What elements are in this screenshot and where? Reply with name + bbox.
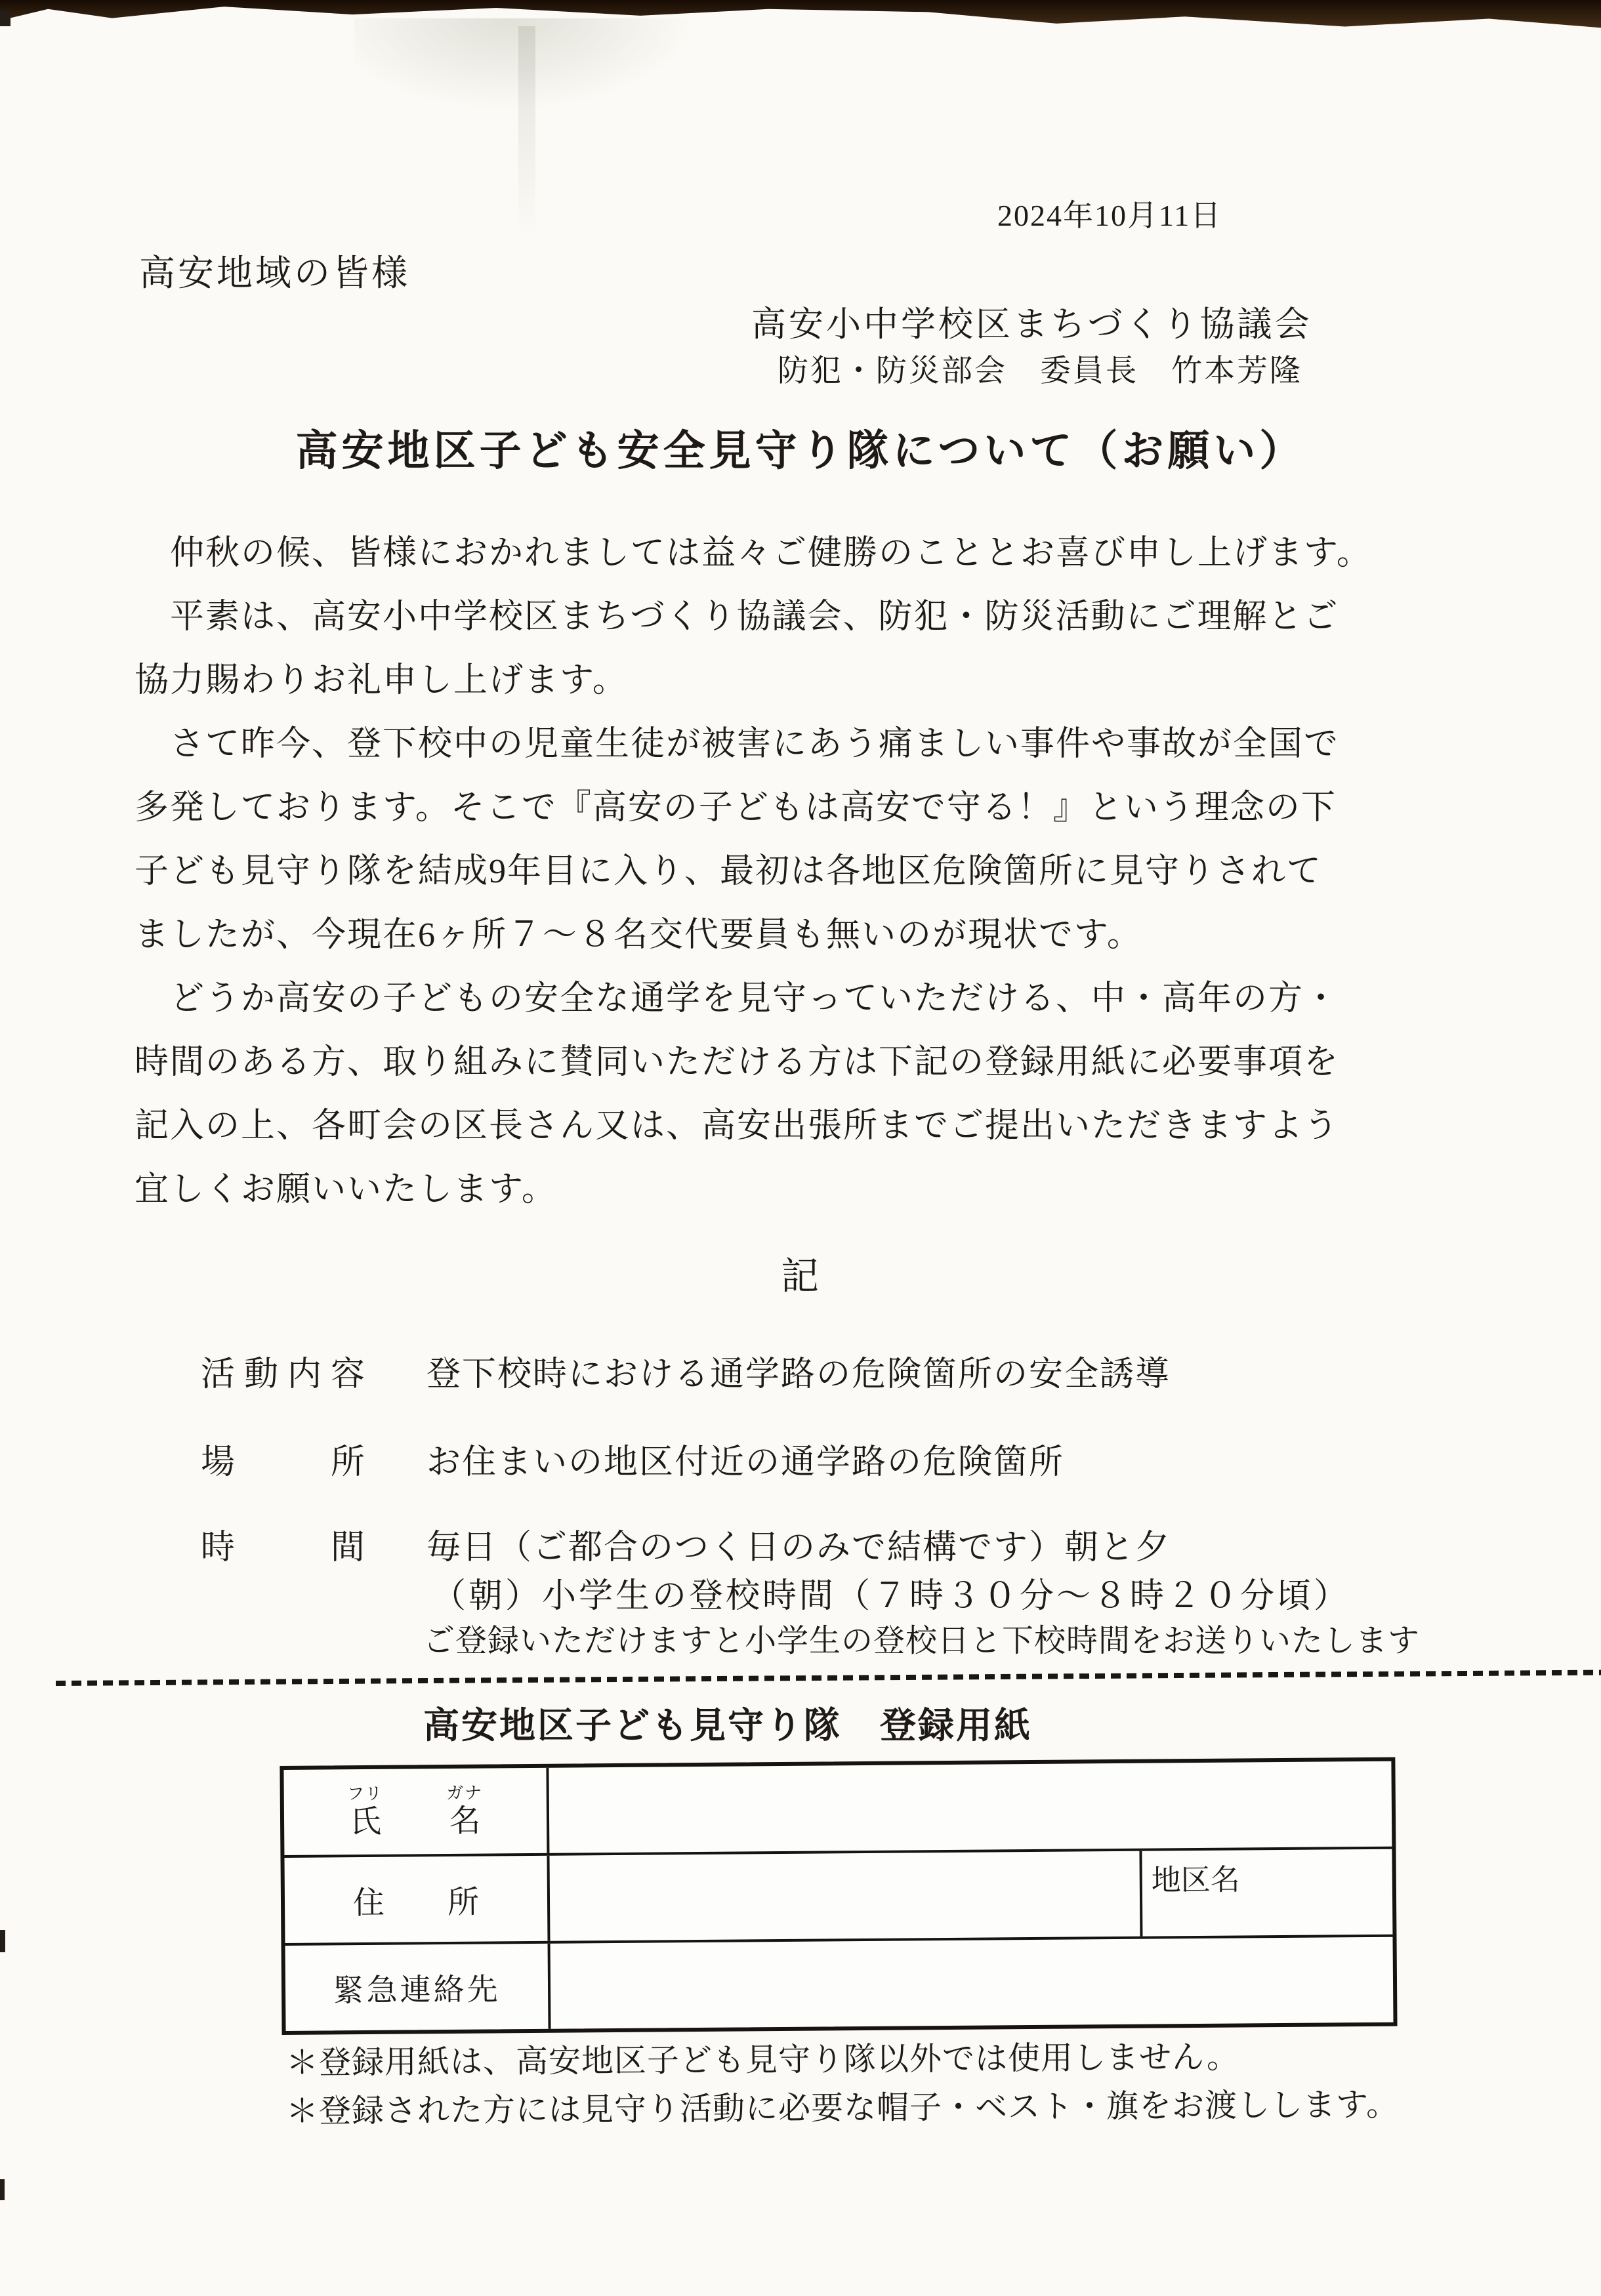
district-label: 地区名 <box>1152 1864 1240 1897</box>
emergency-label-cell: 緊急連絡先 <box>285 1944 551 2031</box>
body-line: ましたが、今現在6ヶ所７～８名交代要員も無いのが現状です。 <box>135 903 1372 967</box>
addressee: 高安地域の皆様 <box>139 244 410 296</box>
scan-artifact-streak <box>518 26 535 236</box>
address-label-cell: 住 所 <box>284 1856 550 1943</box>
sender-department-and-name: 防犯・防災部会 委員長 竹本芳隆 <box>778 346 1302 390</box>
body-line: 仲秋の候、皆様におかれましては益々ご健勝のこととお喜び申し上げます。 <box>135 522 1372 585</box>
time-label: 時 間 <box>201 1519 374 1568</box>
time-text: 毎日（ご都合のつく日のみで結構です）朝と夕 <box>426 1519 1171 1568</box>
body-line: さて昨今、登下校中の児童生徒が被害にあう痛ましい事件や事故が全国で <box>135 712 1372 776</box>
table-row-address: 住 所 地区名 <box>284 1847 1392 1943</box>
form-note-usage: ＊登録用紙は、高安地区子ども見守り隊以外では使用しません。 <box>286 2032 1239 2083</box>
place-label: 場 所 <box>201 1434 374 1483</box>
body-line: 協力賜わりお礼申し上げます。 <box>135 649 1372 712</box>
table-row-emergency-contact: 緊急連絡先 <box>285 1935 1394 2031</box>
activity-label: 活動内容 <box>201 1346 374 1395</box>
scanned-document-page: 2024年10月11日 高安地域の皆様 高安小中学校区まちづくり協議会 防犯・防… <box>0 0 1601 2296</box>
district-name-cell: 地区名 <box>1139 1849 1392 1937</box>
name-label-cell: フリ 氏 ガナ 名 <box>283 1768 549 1855</box>
address-input-cell <box>549 1851 1140 1941</box>
name-input-cell <box>549 1761 1392 1853</box>
emergency-input-cell <box>551 1937 1394 2029</box>
place-text: お住まいの地区付近の通学路の危険箇所 <box>426 1434 1064 1483</box>
body-line: 宜しくお願いいたします。 <box>135 1158 1372 1221</box>
body-line: 子ども見守り隊を結成9年目に入り、最初は各地区危険箇所に見守りされて <box>135 840 1372 903</box>
scan-artifact-edge-mark <box>0 1930 5 1952</box>
document-title: 高安地区子ども安全見守り隊について（お願い） <box>0 417 1601 478</box>
activity-text: 登下校時における通学路の危険箇所の安全誘導 <box>426 1346 1171 1395</box>
body-paragraphs: 仲秋の候、皆様におかれましては益々ご健勝のこととお喜び申し上げます。 平素は、高… <box>135 522 1372 1221</box>
registration-form-heading: 高安地区子ども見守り隊 登録用紙 <box>423 1696 1032 1748</box>
body-line: 多発しております。そこで『高安の子どもは高安で守る！』という理念の下 <box>135 776 1372 840</box>
scan-artifact-top-band <box>0 0 1601 30</box>
body-line: 時間のある方、取り組みに賛同いただける方は下記の登録用紙に必要事項を <box>135 1031 1372 1094</box>
name-char-2: ガナ 名 <box>446 1785 484 1837</box>
document-date: 2024年10月11日 <box>997 192 1222 235</box>
scan-artifact-edge-mark <box>0 12 10 26</box>
scan-artifact-edge-mark <box>0 2179 5 2200</box>
record-marker: 記 <box>0 1245 1601 1300</box>
body-line: どうか高安の子どもの安全な通学を見守っていただける、中・高年の方・ <box>135 967 1372 1031</box>
form-note-equipment: ＊登録された方には見守り活動に必要な帽子・ベスト・旗をお渡しします。 <box>286 2080 1399 2132</box>
body-line: 平素は、高安小中学校区まちづくり協議会、防犯・防災活動にご理解とご <box>135 585 1372 649</box>
furigana-label-1: フリ <box>347 1786 383 1803</box>
dashed-cut-line <box>56 1670 1601 1686</box>
furigana-label-2: ガナ <box>446 1785 483 1802</box>
registration-form-table: フリ 氏 ガナ 名 住 所 地区名 緊急連絡先 <box>280 1757 1397 2035</box>
time-morning-detail: （朝）小学生の登校時間（７時３０分～８時２０分頃） <box>432 1568 1350 1617</box>
sender-organization: 高安小中学校区まちづくり協議会 <box>751 297 1312 346</box>
table-row-name: フリ 氏 ガナ 名 <box>283 1761 1392 1855</box>
emergency-label: 緊急連絡先 <box>333 1965 501 2010</box>
body-line: 記入の上、各町会の区長さん又は、高安出張所までご提出いただきますよう <box>135 1094 1372 1158</box>
name-char-1: フリ 氏 <box>347 1786 384 1838</box>
time-registration-note: ご登録いただけますと小学生の登校日と下校時間をお送りいたします <box>423 1615 1420 1660</box>
